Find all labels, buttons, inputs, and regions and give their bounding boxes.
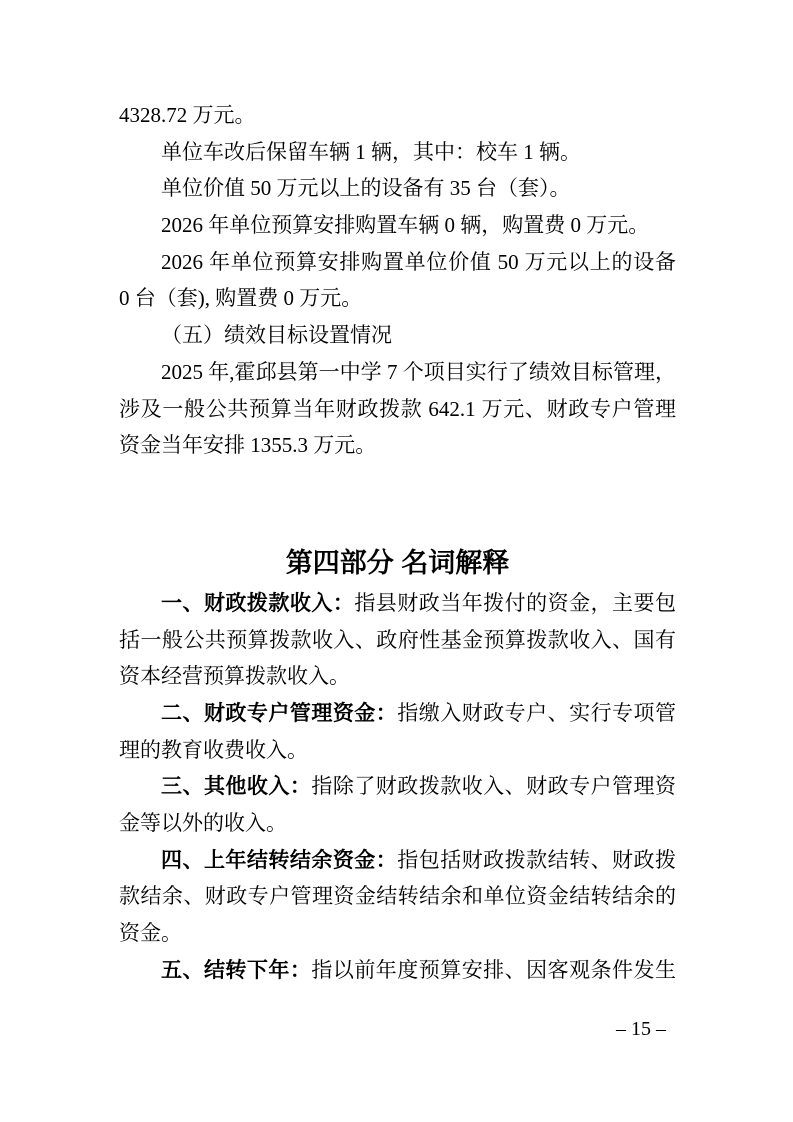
text-line: 一、财政拨款收入：指县财政当年拨付的资金，主要包 [119, 585, 676, 622]
text-segment: 单位价值 50 万元以上的设备有 35 台（套）。 [161, 176, 571, 200]
text-segment: 金等以外的收入。 [119, 811, 287, 835]
page-number: – 15 – [616, 1017, 666, 1041]
text-segment: 指缴入财政专户、实行专项管 [397, 701, 676, 725]
text-segment: 指除了财政拨款收入、财政专户管理资 [311, 774, 676, 798]
text-line: 三、其他收入：指除了财政拨款收入、财政专户管理资 [119, 768, 676, 805]
text-line: 资金当年安排 1355.3 万元。 [119, 427, 676, 464]
text-segment: 指县财政当年拨付的资金，主要包 [354, 591, 676, 615]
text-line: 涉及一般公共预算当年财政拨款 642.1 万元、财政专户管理 [119, 391, 676, 428]
term-label: 三、其他收入： [161, 775, 311, 798]
text-line: 资金。 [119, 915, 676, 952]
document-body: 4328.72 万元。单位车改后保留车辆 1 辆，其中：校车 1 辆。单位价值 … [119, 97, 676, 988]
text-segment: 资金。 [119, 921, 182, 945]
text-line: 金等以外的收入。 [119, 805, 676, 842]
term-label: 五、结转下年： [161, 959, 311, 982]
text-line: 五、结转下年：指以前年度预算安排、因客观条件发生 [119, 952, 676, 989]
text-segment: （五）绩效目标设置情况 [161, 323, 392, 347]
text-line: 理的教育收费收入。 [119, 732, 676, 769]
text-segment: 款结余、财政专户管理资金结转结余和单位资金结转结余的 [119, 884, 676, 908]
text-segment: 指包括财政拨款结转、财政拨 [397, 848, 676, 872]
text-line: 2025 年,霍邱县第一中学 7 个项目实行了绩效目标管理， [119, 354, 676, 391]
text-segment: 单位车改后保留车辆 1 辆，其中：校车 1 辆。 [161, 140, 581, 164]
document-page: 4328.72 万元。单位车改后保留车辆 1 辆，其中：校车 1 辆。单位价值 … [0, 0, 793, 1122]
section-heading: 第四部分 名词解释 [119, 543, 676, 583]
text-line: （五）绩效目标设置情况 [119, 317, 676, 354]
term-label: 一、财政拨款收入： [161, 592, 354, 615]
text-line: 2026 年单位预算安排购置单位价值 50 万元以上的设备 [119, 244, 676, 281]
text-line: 4328.72 万元。 [119, 97, 676, 134]
text-line: 括一般公共预算拨款收入、政府性基金预算拨款收入、国有 [119, 622, 676, 659]
text-segment: 4328.72 万元。 [119, 103, 256, 127]
text-segment: 2026 年单位预算安排购置单位价值 50 万元以上的设备 [161, 250, 676, 274]
text-line: 2026 年单位预算安排购置车辆 0 辆，购置费 0 万元。 [119, 207, 676, 244]
text-line: 资本经营预算拨款收入。 [119, 658, 676, 695]
text-segment: 理的教育收费收入。 [119, 738, 308, 762]
term-label: 四、上年结转结余资金： [161, 849, 397, 872]
text-segment: 资金当年安排 1355.3 万元。 [119, 433, 376, 457]
text-segment: 括一般公共预算拨款收入、政府性基金预算拨款收入、国有 [119, 628, 676, 652]
text-line: 单位车改后保留车辆 1 辆，其中：校车 1 辆。 [119, 134, 676, 171]
text-segment: 2025 年,霍邱县第一中学 7 个项目实行了绩效目标管理， [161, 360, 676, 384]
text-segment: 指以前年度预算安排、因客观条件发生 [311, 958, 676, 982]
text-line: 款结余、财政专户管理资金结转结余和单位资金结转结余的 [119, 878, 676, 915]
term-label: 二、财政专户管理资金： [161, 702, 397, 725]
text-segment: 资本经营预算拨款收入。 [119, 664, 350, 688]
text-segment: 0 台（套), 购置费 0 万元。 [119, 286, 362, 310]
text-segment: 涉及一般公共预算当年财政拨款 642.1 万元、财政专户管理 [119, 397, 676, 421]
text-segment: 2026 年单位预算安排购置车辆 0 辆，购置费 0 万元。 [161, 213, 649, 237]
text-line: 单位价值 50 万元以上的设备有 35 台（套）。 [119, 170, 676, 207]
text-line: 0 台（套), 购置费 0 万元。 [119, 280, 676, 317]
text-line: 四、上年结转结余资金：指包括财政拨款结转、财政拨 [119, 842, 676, 879]
text-line: 二、财政专户管理资金：指缴入财政专户、实行专项管 [119, 695, 676, 732]
